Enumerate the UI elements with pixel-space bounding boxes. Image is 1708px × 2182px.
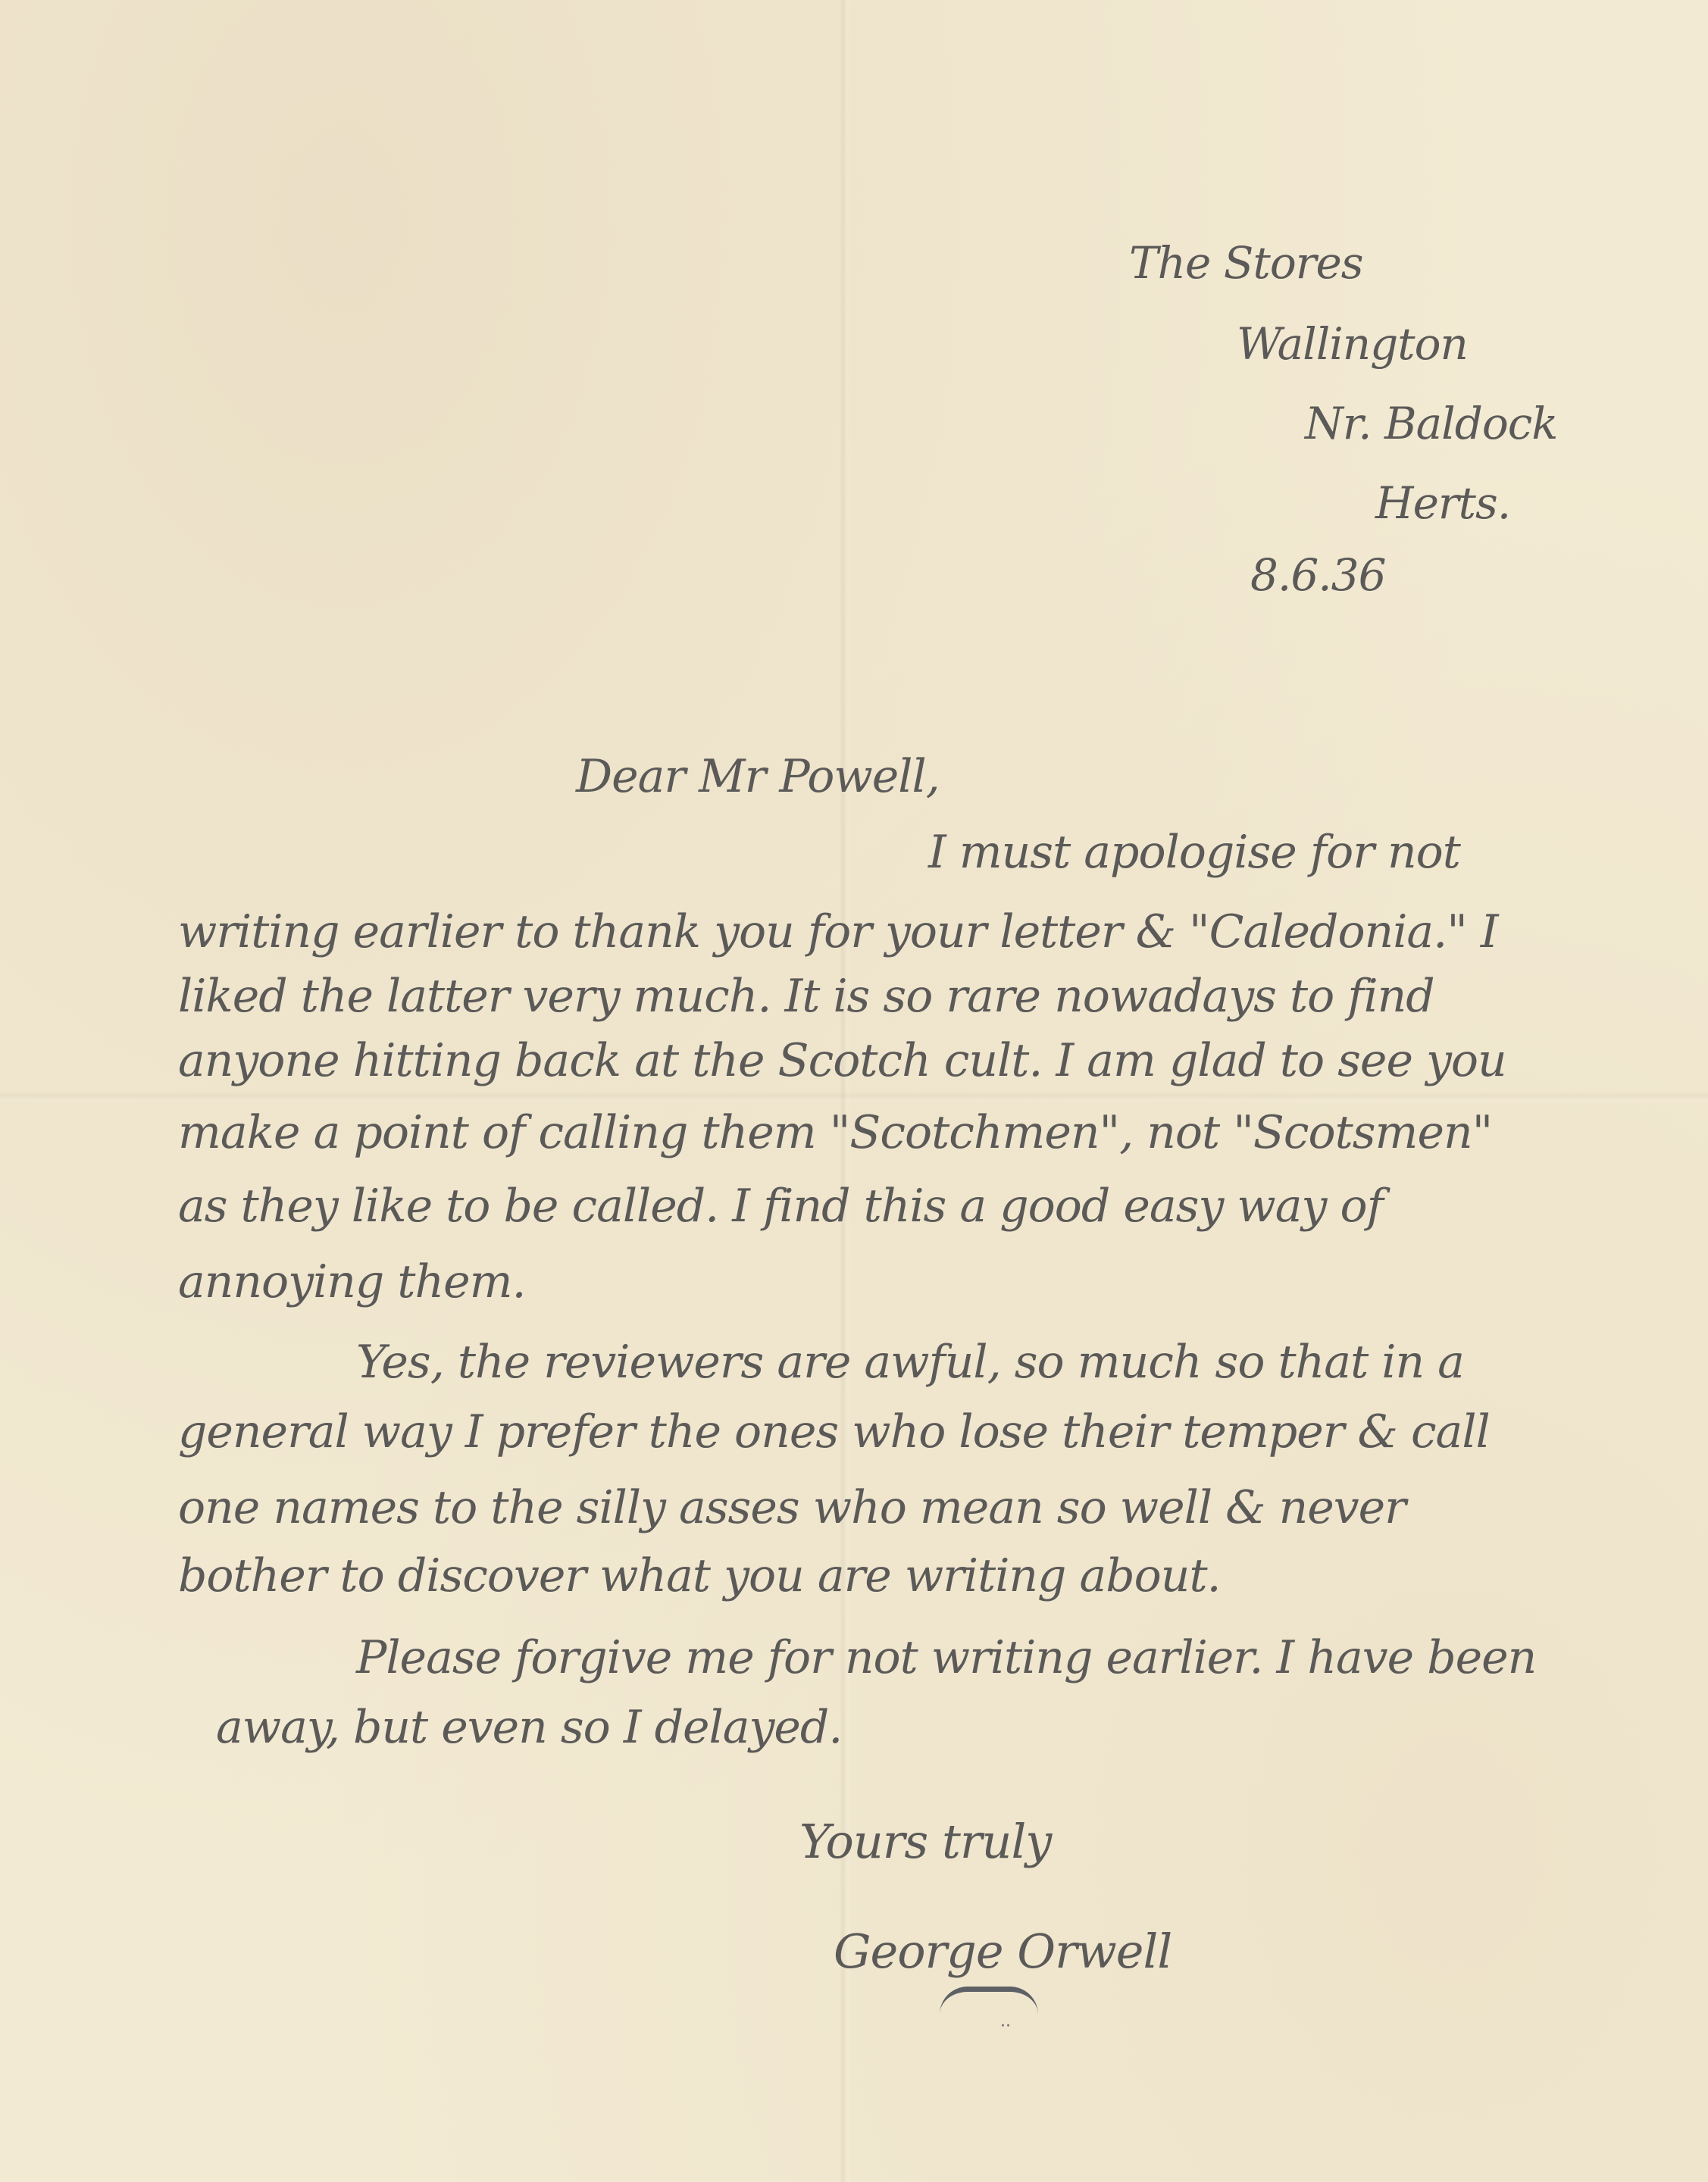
body-line: anyone hitting back at the Scotch cult. …: [178, 1038, 1506, 1083]
body-line: Please forgive me for not writing earlie…: [356, 1635, 1536, 1680]
letter-date: 8.6.36: [1250, 553, 1385, 597]
body-line: I must apologise for not: [928, 830, 1460, 875]
closing: Yours truly: [799, 1818, 1051, 1865]
address-line-1: The Stores: [1129, 241, 1363, 285]
body-line: one names to the silly asses who mean so…: [178, 1485, 1406, 1530]
body-line: general way I prefer the ones who lose t…: [178, 1409, 1490, 1455]
letter-page: The Stores Wallington Nr. Baldock Herts.…: [0, 0, 1708, 2182]
body-line: annoying them.: [178, 1259, 526, 1305]
salutation: Dear Mr Powell,: [576, 754, 940, 799]
body-line: make a point of calling them "Scotchmen"…: [178, 1110, 1492, 1155]
flourish-mark: [940, 1987, 1038, 2015]
ink-dots: ··: [1000, 2017, 1011, 2036]
body-line: liked the latter very much. It is so rar…: [178, 974, 1434, 1019]
signature: George Orwell: [834, 1928, 1172, 1975]
body-line: Yes, the reviewers are awful, so much so…: [356, 1340, 1464, 1385]
address-line-4: Herts.: [1375, 481, 1510, 525]
address-line-3: Nr. Baldock: [1305, 402, 1557, 445]
body-line: bother to discover what you are writing …: [178, 1553, 1221, 1599]
body-line: writing earlier to thank you for your le…: [178, 909, 1498, 955]
body-line: away, but even so I delayed.: [216, 1705, 842, 1750]
body-line: as they like to be called. I find this a…: [178, 1183, 1383, 1229]
address-line-2: Wallington: [1237, 322, 1468, 366]
